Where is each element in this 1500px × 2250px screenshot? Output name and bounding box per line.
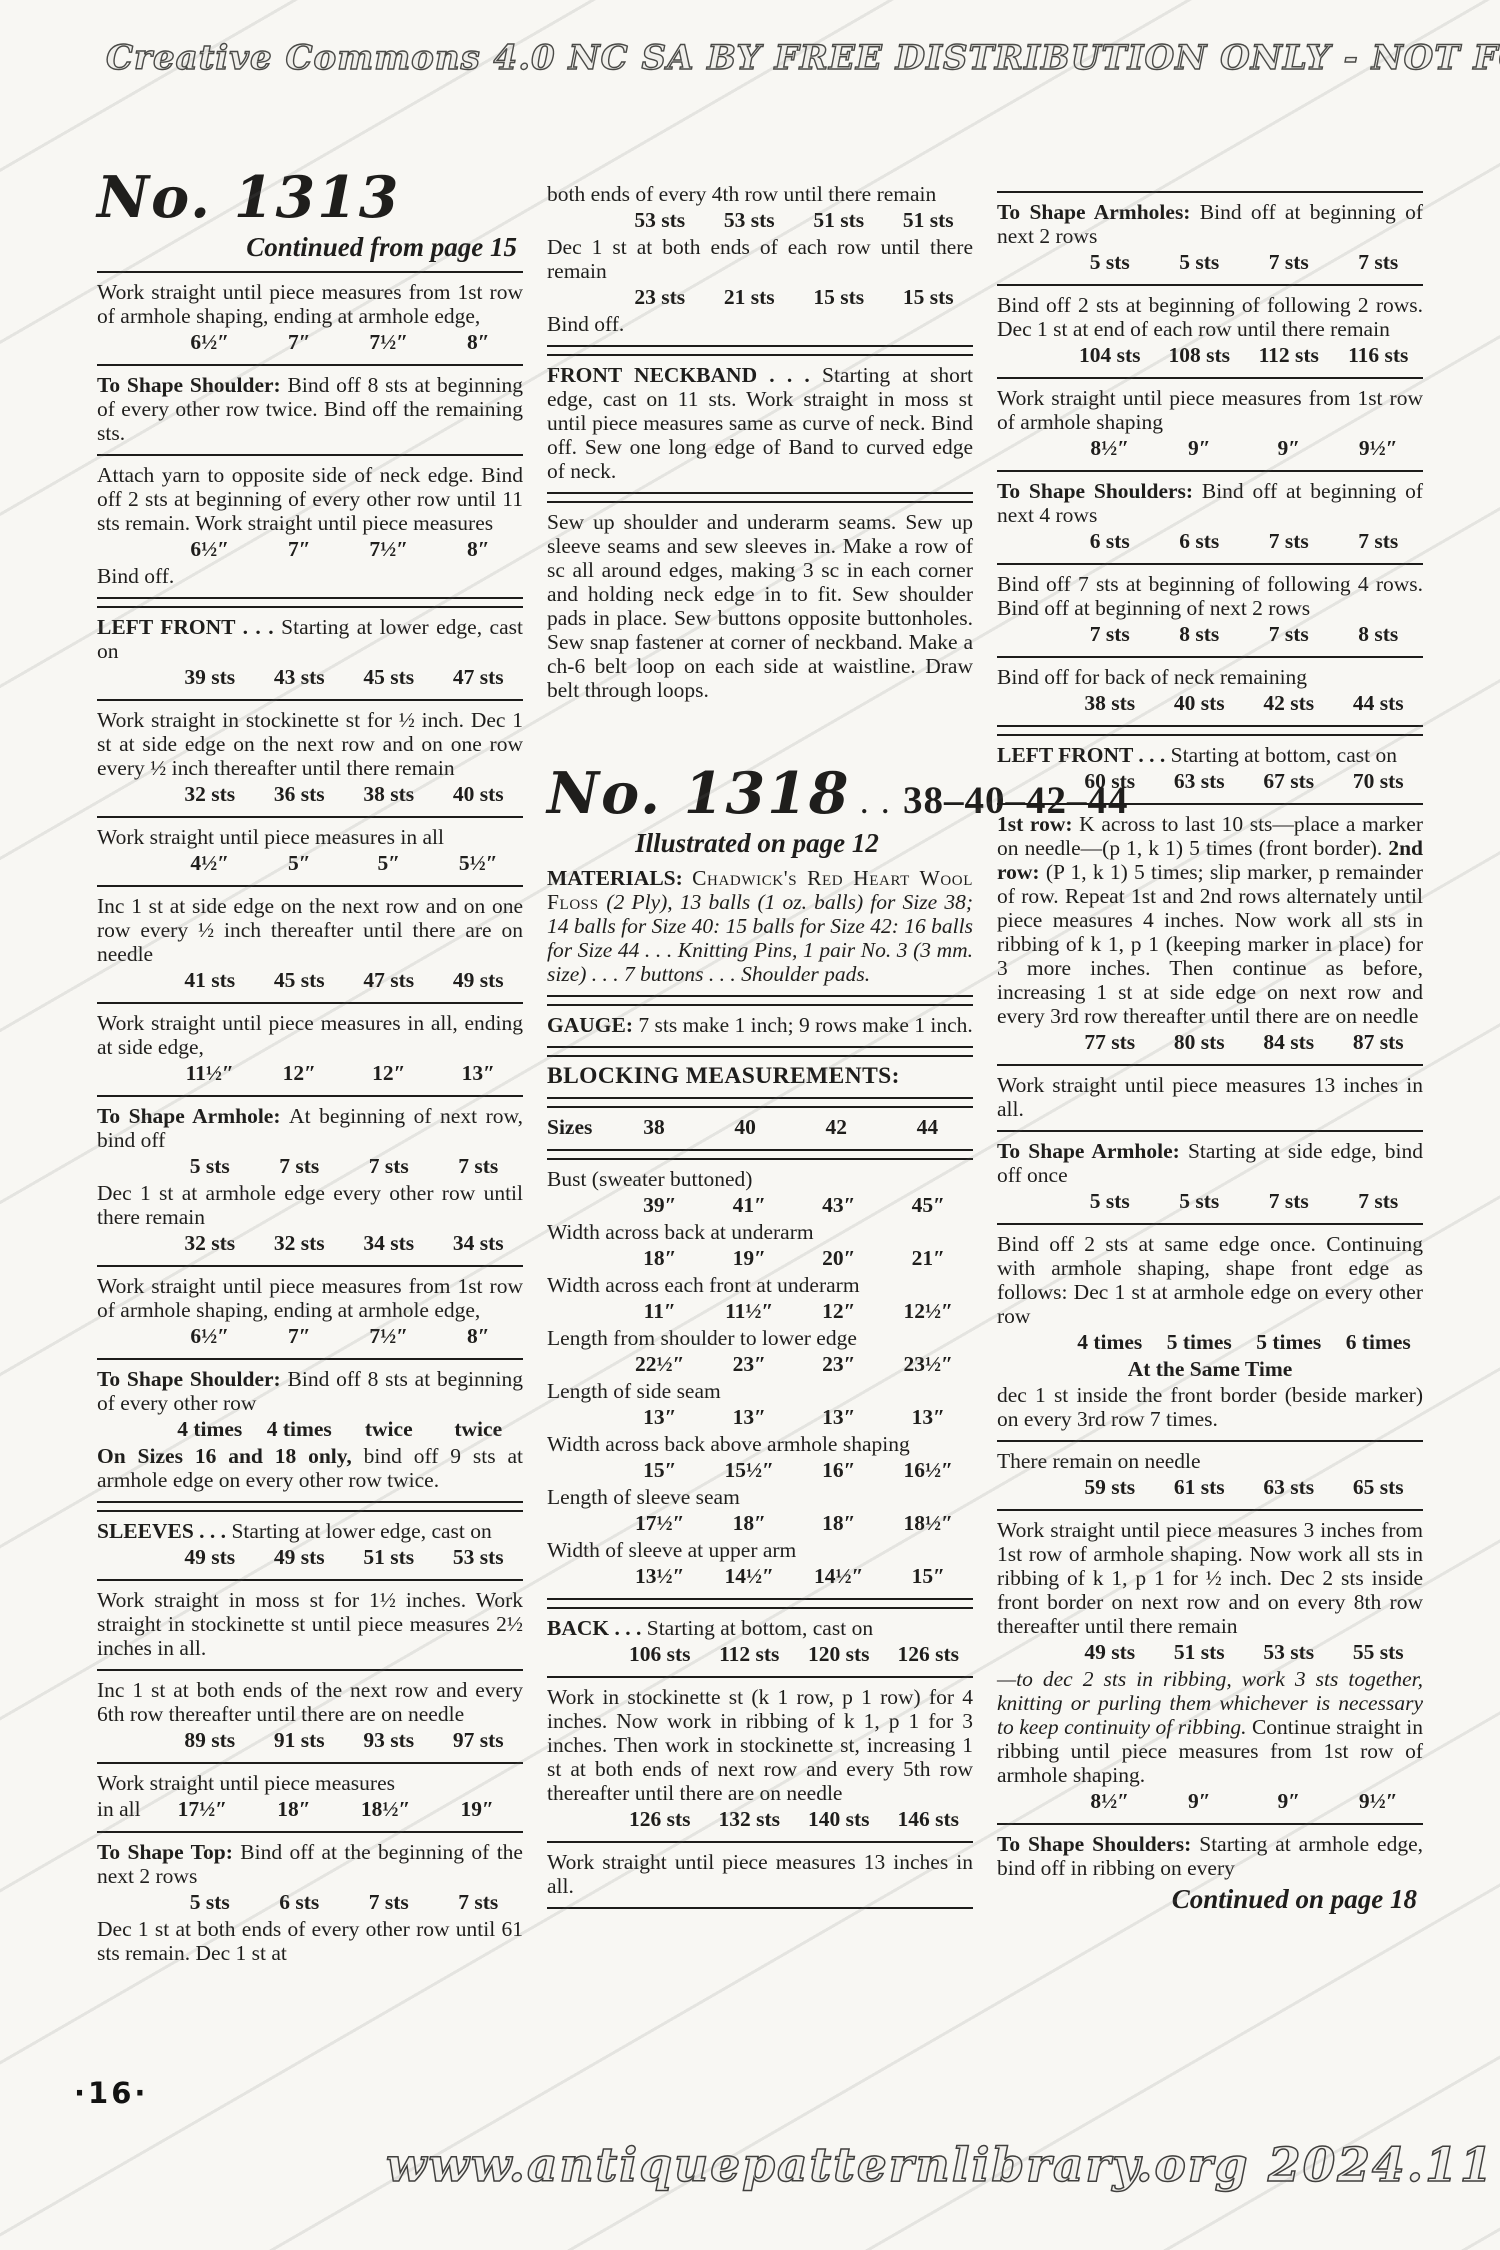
divider <box>97 1095 523 1097</box>
paragraph: Work straight until piece measures from … <box>97 280 523 328</box>
size-value: 18½″ <box>884 1511 974 1536</box>
paragraph: Illustrated on page 12 <box>547 828 967 858</box>
text-run: To Shape Armholes: <box>997 200 1200 224</box>
size-value: 19″ <box>431 1797 523 1822</box>
size-value: 44 <box>882 1115 973 1140</box>
divider <box>97 1265 523 1267</box>
text-run: Width of sleeve at upper arm <box>547 1538 796 1562</box>
size-value: 45 sts <box>344 665 434 690</box>
size-value: 14½″ <box>705 1564 795 1589</box>
paragraph: Bind off 2 sts at same edge once. Contin… <box>997 1232 1423 1328</box>
size-value: 15½″ <box>705 1458 795 1483</box>
size-value: 7 sts <box>1244 250 1334 275</box>
website-footer: www.antiquepatternlibrary.org 2024.11 <box>386 2138 1494 2193</box>
size-value: 6 sts <box>1065 529 1155 554</box>
size-value: 38 sts <box>1065 691 1155 716</box>
size-value: 18″ <box>794 1511 884 1536</box>
divider <box>97 364 523 366</box>
paragraph: There remain on needle <box>997 1449 1423 1473</box>
sizes-values-row: 8½″9″9″9½″ <box>997 436 1423 461</box>
size-value: 8 sts <box>1155 622 1245 647</box>
size-value: 7 sts <box>344 1154 434 1179</box>
paragraph: Continued from page 15 <box>97 232 517 262</box>
size-value: 13″ <box>884 1405 974 1430</box>
text-run: Bind off 2 sts at beginning of following… <box>997 293 1423 341</box>
text-run: At the Same Time <box>1128 1357 1293 1381</box>
paragraph: dec 1 st inside the front border (beside… <box>997 1383 1423 1431</box>
size-value: 6 times <box>1334 1330 1424 1355</box>
size-value: 5 sts <box>1155 1189 1245 1214</box>
size-value: 126 sts <box>615 1807 705 1832</box>
text-run: Dec 1 st at armhole edge every other row… <box>97 1181 523 1229</box>
paragraph: Width of sleeve at upper arm <box>547 1538 973 1562</box>
paragraph: Work straight until piece measures from … <box>997 386 1423 434</box>
paragraph: LEFT FRONT . . . Starting at bottom, cas… <box>997 743 1423 767</box>
paragraph: Bind off. <box>97 564 523 588</box>
sizes-values-row: 6½″7″7½″8″ <box>97 537 523 562</box>
paragraph: Attach yarn to opposite side of neck edg… <box>97 463 523 535</box>
size-value: 23½″ <box>884 1352 974 1377</box>
size-value: 70 sts <box>1334 769 1424 794</box>
size-value: 126 sts <box>884 1642 974 1667</box>
double-divider <box>547 345 973 356</box>
size-value: 7 sts <box>1334 250 1424 275</box>
sizes-values: 7 sts8 sts7 sts8 sts <box>1065 622 1423 647</box>
size-value: 5 times <box>1244 1330 1334 1355</box>
size-value: 13″ <box>615 1405 705 1430</box>
text-run: Length of side seam <box>547 1379 721 1403</box>
sizes-values-row: 32 sts32 sts34 sts34 sts <box>97 1231 523 1256</box>
sizes-values: 13½″14½″14½″15″ <box>615 1564 973 1589</box>
size-value: 146 sts <box>884 1807 974 1832</box>
text-run: On Sizes 16 and 18 only, <box>97 1444 364 1468</box>
paragraph: To Shape Armhole: At beginning of next r… <box>97 1104 523 1152</box>
divider <box>97 816 523 818</box>
size-value: 89 sts <box>165 1728 255 1753</box>
size-value: 91 sts <box>255 1728 345 1753</box>
size-value: 43 sts <box>255 665 345 690</box>
text-run: LEFT FRONT . . . <box>97 615 281 639</box>
paragraph: Width across back at underarm <box>547 1220 973 1244</box>
paragraph: Work straight in moss st for 1½ inches. … <box>97 1588 523 1660</box>
sizes-values: 53 sts53 sts51 sts51 sts <box>615 208 973 233</box>
paragraph: To Shape Shoulders: Starting at armhole … <box>997 1832 1423 1880</box>
paragraph: To Shape Top: Bind off at the beginning … <box>97 1840 523 1888</box>
sizes-values-row: 22½″23″23″23½″ <box>547 1352 973 1377</box>
text-run: Bind off 2 sts at same edge once. Contin… <box>997 1232 1423 1328</box>
size-value: 12″ <box>344 1061 434 1086</box>
paragraph: 1st row: K across to last 10 sts—place a… <box>997 812 1423 1028</box>
sizes-values-row: 49 sts49 sts51 sts53 sts <box>97 1545 523 1570</box>
sizes-values: 106 sts112 sts120 sts126 sts <box>615 1642 973 1667</box>
text-run: FRONT NECKBAND . . . <box>547 363 822 387</box>
text-run: dec 1 st inside the front border (beside… <box>997 1383 1423 1431</box>
sizes-values-row: 32 sts36 sts38 sts40 sts <box>97 782 523 807</box>
sizes-values: 38404244 <box>608 1115 973 1140</box>
text-run: No. 1313 <box>97 164 400 231</box>
text-run: Length from shoulder to lower edge <box>547 1326 857 1350</box>
size-value: 16″ <box>794 1458 884 1483</box>
size-value: 112 sts <box>1244 343 1334 368</box>
paragraph: Inc 1 st at both ends of the next row an… <box>97 1678 523 1726</box>
sizes-values: 6 sts6 sts7 sts7 sts <box>1065 529 1423 554</box>
size-value: 32 sts <box>165 782 255 807</box>
sizes-values: 39″41″43″45″ <box>615 1193 973 1218</box>
size-value: 9½″ <box>1334 1789 1424 1814</box>
sizes-values-row: 39 sts43 sts45 sts47 sts <box>97 665 523 690</box>
paragraph: Continued on page 18 <box>997 1884 1417 1914</box>
size-value: 7 sts <box>1334 1189 1424 1214</box>
size-value: 20″ <box>794 1246 884 1271</box>
size-value: 9″ <box>1155 1789 1245 1814</box>
sizes-row-label: Sizes <box>547 1115 592 1140</box>
paragraph: Bind off for back of neck remaining <box>997 665 1423 689</box>
column-right: To Shape Armholes: Bind off at beginning… <box>997 166 1423 1967</box>
size-value: 97 sts <box>434 1728 524 1753</box>
size-value: 5 sts <box>1065 250 1155 275</box>
text-run: Work straight until piece measures from … <box>97 1274 523 1322</box>
size-value: 61 sts <box>1155 1475 1245 1500</box>
size-value: 15 sts <box>794 285 884 310</box>
divider <box>997 1509 1423 1511</box>
size-value: 7 sts <box>344 1890 434 1915</box>
divider <box>997 656 1423 658</box>
paragraph: To Shape Shoulder: Bind off 8 sts at beg… <box>97 1367 523 1415</box>
divider <box>547 1907 973 1909</box>
size-value: 63 sts <box>1244 1475 1334 1500</box>
size-value: 47 sts <box>344 968 434 993</box>
divider <box>997 803 1423 805</box>
size-value: 7½″ <box>344 330 434 355</box>
text-run: . . <box>850 790 903 819</box>
divider <box>97 885 523 887</box>
size-value: 41″ <box>705 1193 795 1218</box>
text-run: Starting at bottom, cast on <box>647 1616 873 1640</box>
paragraph: Length from shoulder to lower edge <box>547 1326 973 1350</box>
size-value: 6 sts <box>255 1890 345 1915</box>
size-value: 19″ <box>705 1246 795 1271</box>
paragraph: SLEEVES . . . Starting at lower edge, ca… <box>97 1519 523 1543</box>
pattern-number-heading: No. 1318 . . 38–40–42–44 <box>547 764 973 824</box>
sizes-values: 5 sts7 sts7 sts7 sts <box>165 1154 523 1179</box>
text-run: Width across back above armhole shaping <box>547 1432 910 1456</box>
text-run: Bust (sweater buttoned) <box>547 1167 752 1191</box>
size-value: 60 sts <box>1065 769 1155 794</box>
size-value: 6½″ <box>165 330 255 355</box>
sizes-values: 13″13″13″13″ <box>615 1405 973 1430</box>
text-run: Work straight until piece measures in al… <box>97 1011 523 1059</box>
size-value: 7 sts <box>434 1154 524 1179</box>
paragraph: Dec 1 st at both ends of every other row… <box>97 1917 523 1965</box>
divider <box>997 1223 1423 1225</box>
text-run: To Shape Shoulders: <box>997 1832 1199 1856</box>
paragraph: To Shape Shoulder: Bind off 8 sts at beg… <box>97 373 523 445</box>
text-run: To Shape Armhole: <box>997 1139 1188 1163</box>
text-run: Bind off. <box>547 312 624 336</box>
size-value: 7 sts <box>1334 529 1424 554</box>
double-divider <box>547 492 973 503</box>
sizes-values-row: 59 sts61 sts63 sts65 sts <box>997 1475 1423 1500</box>
double-divider <box>97 1501 523 1512</box>
size-value: 49 sts <box>255 1545 345 1570</box>
size-value: 38 <box>608 1115 699 1140</box>
paragraph: Dec 1 st at both ends of each row until … <box>547 235 973 283</box>
size-value: 4 times <box>1065 1330 1155 1355</box>
size-value: twice <box>344 1417 434 1442</box>
sizes-row-label: in all <box>97 1797 141 1822</box>
size-value: 112 sts <box>705 1642 795 1667</box>
text-run: Work straight until piece measures 13 in… <box>547 1850 973 1898</box>
size-value: 40 sts <box>434 782 524 807</box>
size-value: 51 sts <box>344 1545 434 1570</box>
size-value: 9″ <box>1244 1789 1334 1814</box>
divider <box>97 1002 523 1004</box>
sizes-values: 32 sts36 sts38 sts40 sts <box>165 782 523 807</box>
size-value: 38 sts <box>344 782 434 807</box>
sizes-values: 38 sts40 sts42 sts44 sts <box>1065 691 1423 716</box>
size-value: 132 sts <box>705 1807 795 1832</box>
double-divider <box>547 1097 973 1108</box>
size-value: 140 sts <box>794 1807 884 1832</box>
paragraph: Bind off. <box>547 312 973 336</box>
divider <box>97 1579 523 1581</box>
paragraph: Work straight until piece measures 13 in… <box>547 1850 973 1898</box>
sizes-values-row: 4 times4 timestwicetwice <box>97 1417 523 1442</box>
text-run: Work straight until piece measures from … <box>997 386 1423 434</box>
size-value: 84 sts <box>1244 1030 1334 1055</box>
sizes-values-row: 15″15½″16″16½″ <box>547 1458 973 1483</box>
paragraph: Inc 1 st at side edge on the next row an… <box>97 894 523 966</box>
sizes-values: 59 sts61 sts63 sts65 sts <box>1065 1475 1423 1500</box>
size-value: 14½″ <box>794 1564 884 1589</box>
size-value: 39″ <box>615 1193 705 1218</box>
size-value: 8″ <box>434 330 524 355</box>
size-value: 18″ <box>615 1246 705 1271</box>
sizes-values: 89 sts91 sts93 sts97 sts <box>165 1728 523 1753</box>
size-value: 11″ <box>615 1299 705 1324</box>
size-value: 65 sts <box>1334 1475 1424 1500</box>
double-divider <box>547 1149 973 1160</box>
size-value: 18″ <box>248 1797 340 1822</box>
double-divider <box>97 597 523 608</box>
sizes-values-row: 5 sts5 sts7 sts7 sts <box>997 250 1423 275</box>
paragraph: Length of side seam <box>547 1379 973 1403</box>
text-run: Starting at lower edge, cast on <box>231 1519 491 1543</box>
size-value: 4½″ <box>165 851 255 876</box>
sizes-values: 126 sts132 sts140 sts146 sts <box>615 1807 973 1832</box>
sizes-values: 17½″18″18½″19″ <box>157 1797 523 1822</box>
size-value: 34 sts <box>344 1231 434 1256</box>
size-value: 5″ <box>255 851 345 876</box>
paragraph: FRONT NECKBAND . . . Starting at short e… <box>547 363 973 483</box>
size-value: 15″ <box>615 1458 705 1483</box>
sizes-values: 18″19″20″21″ <box>615 1246 973 1271</box>
text-run: There remain on needle <box>997 1449 1201 1473</box>
size-value: 4 times <box>255 1417 345 1442</box>
sizes-values-row: 39″41″43″45″ <box>547 1193 973 1218</box>
size-value: 5 sts <box>1155 250 1245 275</box>
size-value: 116 sts <box>1334 343 1424 368</box>
text-run: SLEEVES . . . <box>97 1519 231 1543</box>
paragraph: Work straight until piece measures in al… <box>97 825 523 849</box>
size-value: 67 sts <box>1244 769 1334 794</box>
text-run: (P 1, k 1) 5 times; slip marker, p remai… <box>997 860 1423 1028</box>
sizes-values-row: 106 sts112 sts120 sts126 sts <box>547 1642 973 1667</box>
size-value: 11½″ <box>705 1299 795 1324</box>
sizes-values-row: 38 sts40 sts42 sts44 sts <box>997 691 1423 716</box>
size-value: 21″ <box>884 1246 974 1271</box>
text-run: 1st row: <box>997 812 1079 836</box>
size-value: 15 sts <box>884 285 974 310</box>
size-value: 53 sts <box>615 208 705 233</box>
double-divider <box>547 1046 973 1057</box>
sizes-values: 4½″5″5″5½″ <box>165 851 523 876</box>
sizes-values-row: 4 times5 times5 times6 times <box>997 1330 1423 1355</box>
size-value: 7″ <box>255 1324 345 1349</box>
divider <box>997 563 1423 565</box>
sizes-values: 8½″9″9″9½″ <box>1065 436 1423 461</box>
text-run: Width across each front at underarm <box>547 1273 860 1297</box>
size-value: 42 sts <box>1244 691 1334 716</box>
size-value: 47 sts <box>434 665 524 690</box>
sizes-values-row: 60 sts63 sts67 sts70 sts <box>997 769 1423 794</box>
size-value: 41 sts <box>165 968 255 993</box>
size-value: 7 sts <box>1065 622 1155 647</box>
size-value: 45″ <box>884 1193 974 1218</box>
size-value: 9″ <box>1155 436 1245 461</box>
double-divider <box>547 995 973 1006</box>
size-value: 17½″ <box>615 1511 705 1536</box>
paragraph: Bind off 2 sts at beginning of following… <box>997 293 1423 341</box>
size-value: 106 sts <box>615 1642 705 1667</box>
divider <box>997 191 1423 193</box>
divider <box>97 1831 523 1833</box>
column-middle: both ends of every 4th row until there r… <box>547 166 973 1967</box>
size-value: 53 sts <box>1244 1640 1334 1665</box>
sizes-values: 11½″12″12″13″ <box>165 1061 523 1086</box>
size-value: 49 sts <box>1065 1640 1155 1665</box>
size-value: 8 sts <box>1334 622 1424 647</box>
size-value: 40 <box>700 1115 791 1140</box>
size-value: 6½″ <box>165 537 255 562</box>
paragraph: Work straight until piece measures 13 in… <box>997 1073 1423 1121</box>
divider <box>997 1130 1423 1132</box>
text-run: Work straight until piece measures 3 inc… <box>997 1518 1423 1638</box>
sizes-values-row: in all17½″18″18½″19″ <box>97 1797 523 1822</box>
sizes-values: 6½″7″7½″8″ <box>165 537 523 562</box>
divider <box>997 1440 1423 1442</box>
paragraph: Work straight until piece measures in al… <box>97 1011 523 1059</box>
sizes-values: 4 times4 timestwicetwice <box>165 1417 523 1442</box>
column-left: No. 1313Continued from page 15Work strai… <box>97 166 523 1967</box>
sizes-values-row: 6½″7″7½″8″ <box>97 330 523 355</box>
size-value: 13½″ <box>615 1564 705 1589</box>
paragraph: To Shape Armholes: Bind off at beginning… <box>997 200 1423 248</box>
sizes-values-row: 11″11½″12″12½″ <box>547 1299 973 1324</box>
paragraph: MATERIALS: Chadwick's Red Heart Wool Flo… <box>547 866 973 986</box>
paragraph: both ends of every 4th row until there r… <box>547 182 973 206</box>
text-run: Work in stockinette st (k 1 row, p 1 row… <box>547 1685 973 1805</box>
paragraph: LEFT FRONT . . . Starting at lower edge,… <box>97 615 523 663</box>
sizes-values: 39 sts43 sts45 sts47 sts <box>165 665 523 690</box>
sizes-values-row: 4½″5″5″5½″ <box>97 851 523 876</box>
paragraph: Width across back above armhole shaping <box>547 1432 973 1456</box>
sizes-values-row: 5 sts7 sts7 sts7 sts <box>97 1154 523 1179</box>
text-run: To Shape Armhole: <box>97 1104 289 1128</box>
size-value: 22½″ <box>615 1352 705 1377</box>
text-run: LEFT FRONT . . . <box>997 743 1171 767</box>
size-value: 23″ <box>705 1352 795 1377</box>
size-value: 49 sts <box>165 1545 255 1570</box>
size-value: 120 sts <box>794 1642 884 1667</box>
text-run: Bind off for back of neck remaining <box>997 665 1307 689</box>
size-value: 13″ <box>794 1405 884 1430</box>
size-value: 53 sts <box>434 1545 524 1570</box>
size-value: 51 sts <box>1155 1640 1245 1665</box>
size-value: 5 sts <box>165 1154 255 1179</box>
sizes-values-row: 18″19″20″21″ <box>547 1246 973 1271</box>
sizes-values: 5 sts6 sts7 sts7 sts <box>165 1890 523 1915</box>
size-value: 36 sts <box>255 782 345 807</box>
size-value: 18″ <box>705 1511 795 1536</box>
size-value: 43″ <box>794 1193 884 1218</box>
size-value: 8″ <box>434 537 524 562</box>
paragraph: Length of sleeve seam <box>547 1485 973 1509</box>
sizes-values: 60 sts63 sts67 sts70 sts <box>1065 769 1423 794</box>
size-value: 5″ <box>344 851 434 876</box>
paragraph: Work straight in stockinette st for ½ in… <box>97 708 523 780</box>
size-value: 12″ <box>255 1061 345 1086</box>
size-value: 7 sts <box>255 1154 345 1179</box>
paragraph: Work straight until piece measures <box>97 1771 523 1795</box>
size-value: 63 sts <box>1155 769 1245 794</box>
sizes-values-row: 49 sts51 sts53 sts55 sts <box>997 1640 1423 1665</box>
size-value: 42 <box>791 1115 882 1140</box>
size-value: 51 sts <box>884 208 974 233</box>
size-value: 5 sts <box>165 1890 255 1915</box>
size-value: 11½″ <box>165 1061 255 1086</box>
sizes-values: 22½″23″23″23½″ <box>615 1352 973 1377</box>
sizes-values-row: 13″13″13″13″ <box>547 1405 973 1430</box>
text-run: Continued from page 15 <box>246 232 517 262</box>
size-value: 13″ <box>434 1061 524 1086</box>
paragraph: Work in stockinette st (k 1 row, p 1 row… <box>547 1685 973 1805</box>
size-value: 8″ <box>434 1324 524 1349</box>
sizes-values: 23 sts21 sts15 sts15 sts <box>615 285 973 310</box>
sizes-values-row: 6 sts6 sts7 sts7 sts <box>997 529 1423 554</box>
text-run: Bind off. <box>97 564 174 588</box>
text-run: To Shape Shoulders: <box>997 479 1202 503</box>
text-run: Width across back at underarm <box>547 1220 814 1244</box>
paragraph: Work straight until piece measures from … <box>97 1274 523 1322</box>
text-run: Dec 1 st at both ends of each row until … <box>547 235 973 283</box>
sizes-values-row: 17½″18″18″18½″ <box>547 1511 973 1536</box>
text-run: BACK . . . <box>547 1616 647 1640</box>
paragraph: At the Same Time <box>997 1357 1423 1381</box>
pattern-number-heading: No. 1313 <box>97 168 523 228</box>
size-value: 32 sts <box>255 1231 345 1256</box>
size-value: 7 sts <box>434 1890 524 1915</box>
sizes-values-row: 11½″12″12″13″ <box>97 1061 523 1086</box>
text-run: Dec 1 st at both ends of every other row… <box>97 1917 523 1965</box>
divider <box>997 1064 1423 1066</box>
divider <box>97 454 523 456</box>
paragraph: Work straight until piece measures 3 inc… <box>997 1518 1423 1638</box>
sizes-values: 4 times5 times5 times6 times <box>1065 1330 1423 1355</box>
text-run: Work straight in stockinette st for ½ in… <box>97 708 523 780</box>
size-value: 7½″ <box>344 537 434 562</box>
size-value: 5 times <box>1155 1330 1245 1355</box>
